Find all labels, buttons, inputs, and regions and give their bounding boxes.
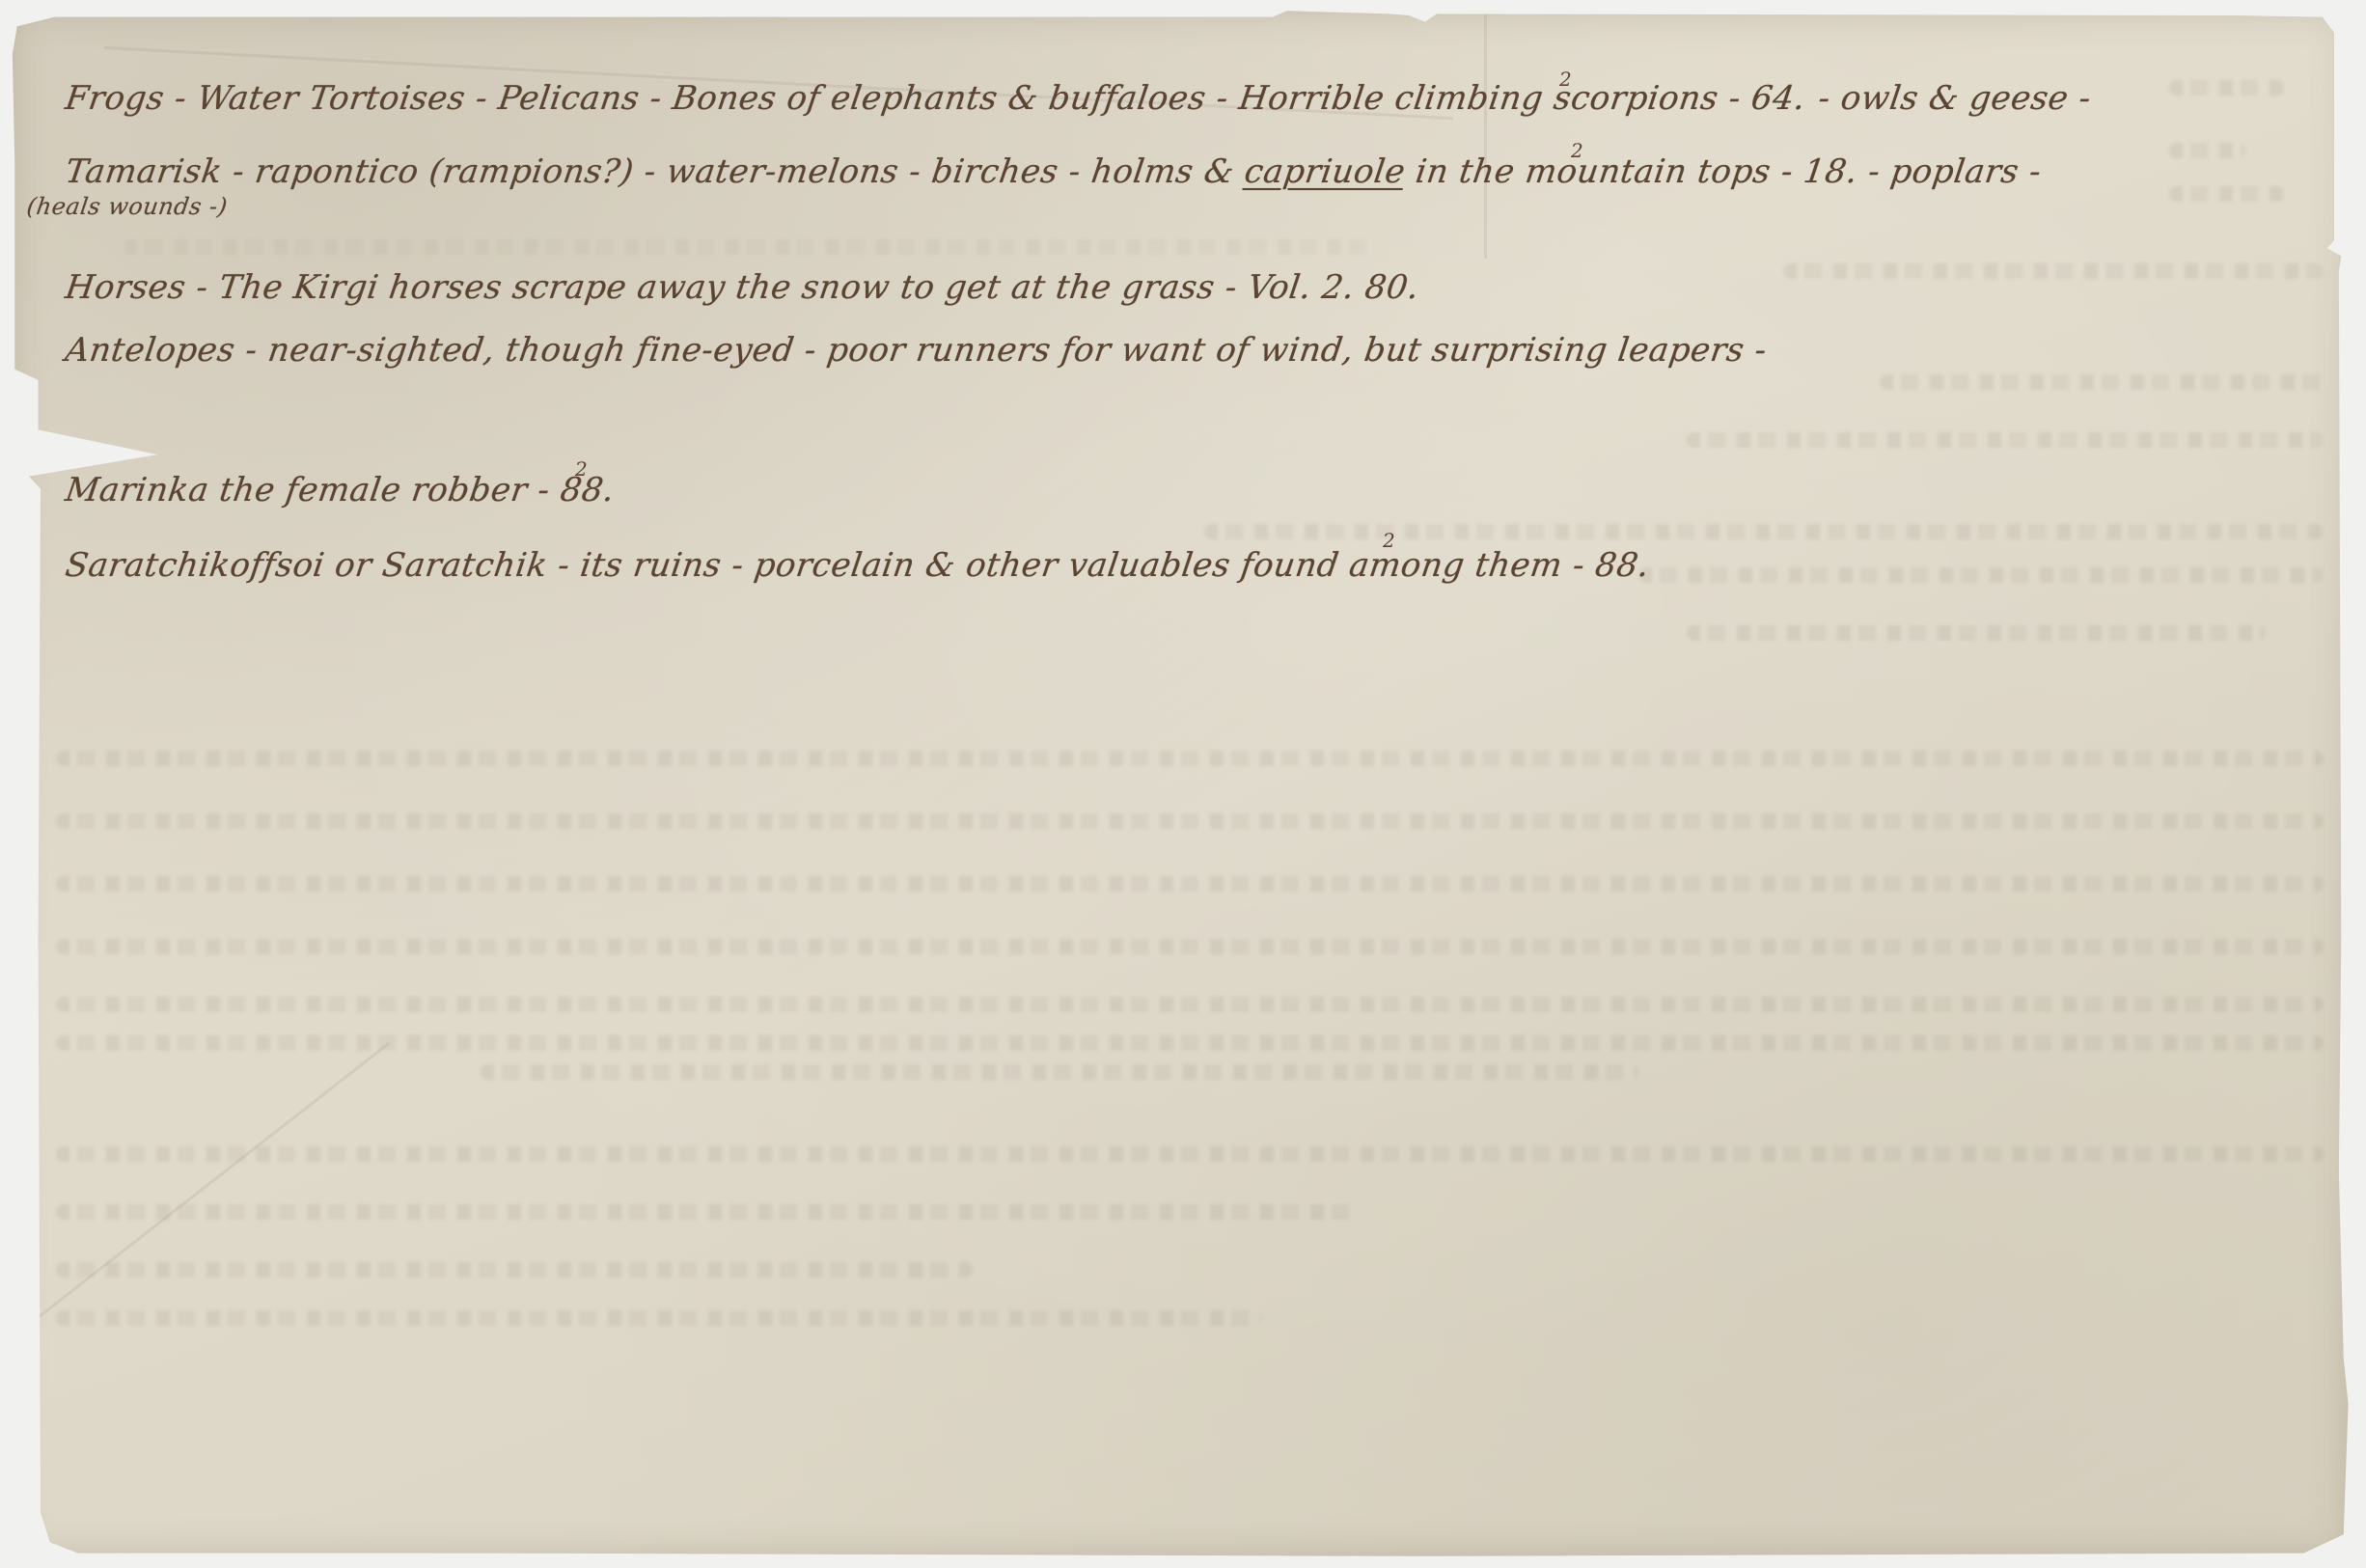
- scanned-manuscript-page: Frogs - Water Tortoises - Pelicans - Bon…: [0, 0, 2366, 1568]
- paper-sheet: Frogs - Water Tortoises - Pelicans - Bon…: [8, 8, 2351, 1559]
- superscript-marker: 2: [1571, 139, 1583, 162]
- manuscript-line-tamarisk: Tamarisk - rapontico (rampions?) - water…: [63, 152, 2044, 191]
- manuscript-note-heals-wounds: (heals wounds -): [25, 193, 230, 220]
- line-text: Frogs - Water Tortoises - Pelicans - Bon…: [63, 79, 1807, 118]
- line-text: Horses - The Kirgi horses scrape away th…: [63, 268, 1421, 307]
- manuscript-line-frogs: Frogs - Water Tortoises - Pelicans - Bon…: [63, 79, 2093, 118]
- superscript-marker: 2: [1383, 529, 1395, 552]
- line-text: Antelopes - near-sighted, though fine-ey…: [63, 331, 1769, 370]
- line-text: (heals wounds -): [25, 193, 230, 220]
- manuscript-line-antelopes: Antelopes - near-sighted, though fine-ey…: [63, 331, 1769, 370]
- line-text: in the mountain tops - 18. - poplars -: [1402, 152, 2044, 191]
- line-text: Saratchikoffsoi or Saratchik - its ruins…: [63, 546, 1652, 585]
- manuscript-line-saratchik: Saratchikoffsoi or Saratchik - its ruins…: [63, 546, 1652, 585]
- superscript-marker: 2: [1559, 68, 1572, 91]
- line-text: Tamarisk - rapontico (rampions?) - water…: [63, 152, 1248, 191]
- manuscript-line-horses: Horses - The Kirgi horses scrape away th…: [63, 268, 1421, 307]
- manuscript-line-marinka: Marinka the female robber - 88.: [63, 471, 617, 509]
- bleed-through-text: [46, 8, 2312, 1559]
- line-text: Marinka the female robber - 88.: [63, 471, 617, 509]
- line-continuation: - owls & geese -: [1816, 79, 2094, 118]
- superscript-marker: 2: [575, 457, 588, 481]
- underlined-word: capriuole: [1242, 152, 1408, 191]
